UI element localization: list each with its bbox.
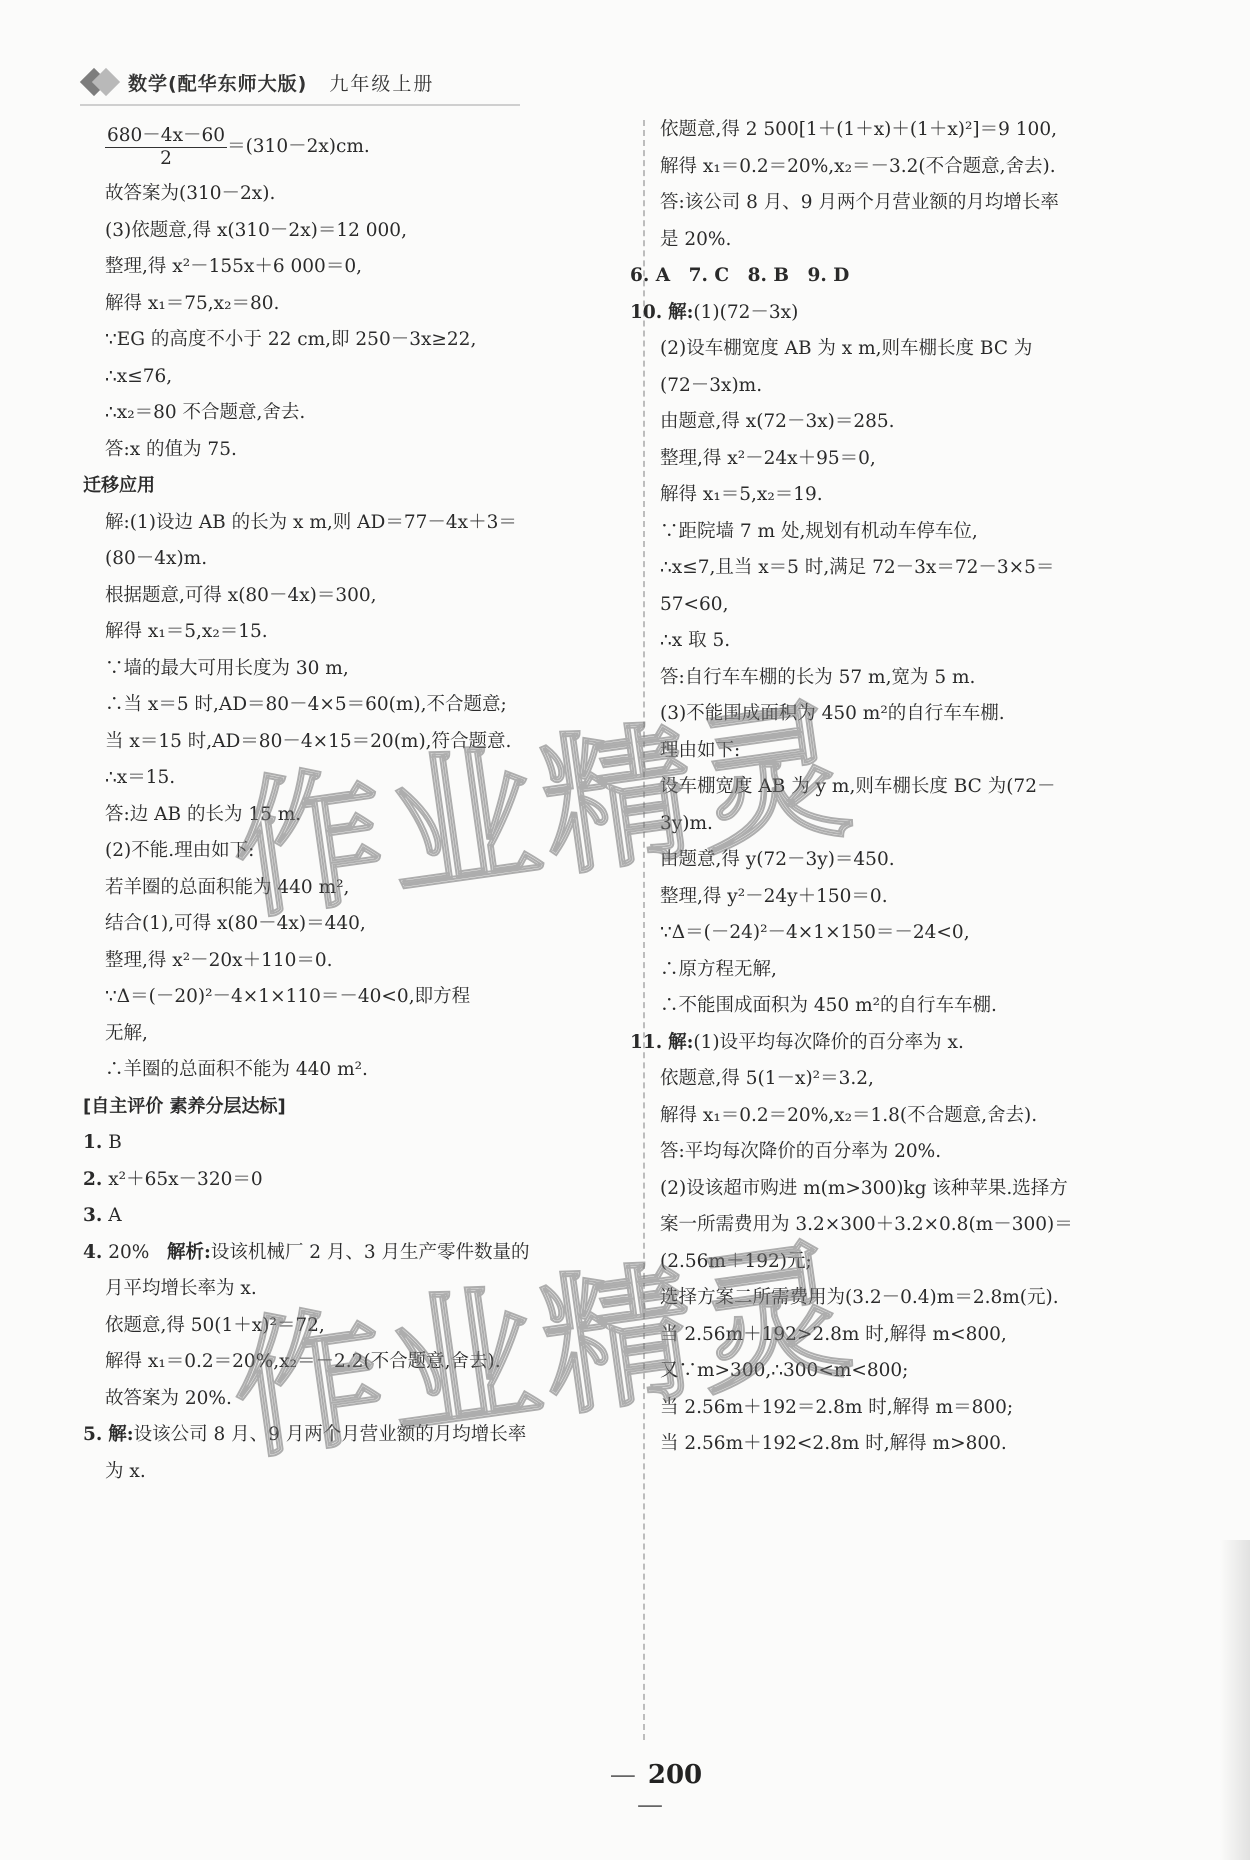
- text-line: 若羊圈的总面积能为 440 m²,: [105, 870, 535, 907]
- text-line: 选择方案二所需费用为(3.2－0.4)m＝2.8m(元).: [660, 1280, 1220, 1317]
- text-line: 57<60,: [660, 587, 1220, 624]
- text-line: ∴不能围成面积为 450 m²的自行车车棚.: [660, 988, 1220, 1025]
- text-line: ∴x≤76,: [105, 359, 535, 396]
- text-line: 理由如下:: [660, 733, 1220, 770]
- text-line: (72－3x)m.: [660, 368, 1220, 405]
- text-line: ∴当 x＝5 时,AD＝80－4×5＝60(m),不合题意;: [105, 687, 535, 724]
- text-line: 依题意,得 5(1－x)²＝3.2,: [660, 1061, 1220, 1098]
- answer-11: 11. 解:(1)设平均每次降价的百分率为 x.: [630, 1025, 1220, 1062]
- text-line: 是 20%.: [660, 222, 1220, 259]
- text-line: 答:该公司 8 月、9 月两个月营业额的月均增长率: [660, 185, 1220, 222]
- text-line: (2)设车棚宽度 AB 为 x m,则车棚长度 BC 为: [660, 331, 1220, 368]
- text-line: 无解,: [105, 1016, 535, 1053]
- text-line: 依题意,得 50(1＋x)²＝72,: [105, 1308, 535, 1345]
- text-line: 当 2.56m＋192<2.8m 时,解得 m>800.: [660, 1426, 1220, 1463]
- right-column: 依题意,得 2 500[1＋(1＋x)＋(1＋x)²]＝9 100, 解得 x₁…: [660, 112, 1220, 1463]
- text-line: 整理,得 x²－20x＋110＝0.: [105, 943, 535, 980]
- text-line: 解得 x₁＝5,x₂＝15.: [105, 614, 535, 651]
- diamond-logo-icon: [80, 66, 122, 98]
- text-line: (80－4x)m.: [105, 541, 535, 578]
- fraction: 680－4x－60 2: [105, 125, 227, 170]
- text-line: ∴x 取 5.: [660, 623, 1220, 660]
- text-line: 由题意,得 x(72－3x)＝285.: [660, 404, 1220, 441]
- text-line: ∵Δ＝(－24)²－4×1×150＝－24<0,: [660, 915, 1220, 952]
- text-line: ∴x＝15.: [105, 760, 535, 797]
- answer-1: 1. B: [83, 1125, 535, 1162]
- text-line: 设车棚宽度 AB 为 y m,则车棚长度 BC 为(72－: [660, 769, 1220, 806]
- text-line: 答:平均每次降价的百分率为 20%.: [660, 1134, 1220, 1171]
- page-number: —200—: [580, 1760, 720, 1820]
- text-line: (3)不能围成面积为 450 m²的自行车车棚.: [660, 696, 1220, 733]
- text-line: 答:自行车车棚的长为 57 m,宽为 5 m.: [660, 660, 1220, 697]
- text-line: 故答案为(310－2x).: [105, 176, 535, 213]
- text-line: (2.56m＋192)元;: [660, 1244, 1220, 1281]
- text-line: 答:x 的值为 75.: [105, 432, 535, 469]
- text-line: 案一所需费用为 3.2×300＋3.2×0.8(m－300)＝: [660, 1207, 1220, 1244]
- text-line: ∵墙的最大可用长度为 30 m,: [105, 651, 535, 688]
- text-line: ∵Δ＝(－20)²－4×1×110＝－40<0,即方程: [105, 979, 535, 1016]
- mc-answers-6-9: 6. A 7. C 8. B 9. D: [630, 258, 1220, 295]
- text-line: 整理,得 y²－24y＋150＝0.: [660, 879, 1220, 916]
- text-line: 由题意,得 y(72－3y)＝450.: [660, 842, 1220, 879]
- text-line: 解:(1)设边 AB 的长为 x m,则 AD＝77－4x＋3＝: [105, 505, 535, 542]
- section-heading-transfer: 迁移应用: [83, 468, 535, 505]
- text-line: ∴原方程无解,: [660, 952, 1220, 989]
- column-divider: [643, 120, 645, 1740]
- text-line: 当 2.56m＋192>2.8m 时,解得 m<800,: [660, 1317, 1220, 1354]
- text-line: (2)设该超市购进 m(m>300)kg 该种苹果.选择方: [660, 1171, 1220, 1208]
- book-title: 数学(配华东师大版): [128, 69, 307, 96]
- text-line: 解得 x₁＝0.2＝20%,x₂＝－3.2(不合题意,舍去).: [660, 149, 1220, 186]
- text-line: ∴x₂＝80 不合题意,舍去.: [105, 395, 535, 432]
- text-line: 依题意,得 2 500[1＋(1＋x)＋(1＋x)²]＝9 100,: [660, 112, 1220, 149]
- text-line: 整理,得 x²－155x＋6 000＝0,: [105, 249, 535, 286]
- text-line: 解得 x₁＝0.2＝20%,x₂＝－2.2(不合题意,舍去).: [105, 1344, 535, 1381]
- text-line: 当 x＝15 时,AD＝80－4×15＝20(m),符合题意.: [105, 724, 535, 761]
- text-line: 为 x.: [105, 1454, 535, 1491]
- answer-4: 4. 20% 解析:设该机械厂 2 月、3 月生产零件数量的: [83, 1235, 535, 1272]
- text-line: 根据题意,可得 x(80－4x)＝300,: [105, 578, 535, 615]
- page-edge-shadow: [1220, 1540, 1250, 1860]
- text-line: 答:边 AB 的长为 15 m.: [105, 797, 535, 834]
- text-line: 解得 x₁＝5,x₂＝19.: [660, 477, 1220, 514]
- text-line: ∵EG 的高度不小于 22 cm,即 250－3x≥22,: [105, 322, 535, 359]
- text-line: ∴羊圈的总面积不能为 440 m².: [105, 1052, 535, 1089]
- text-line: 3y)m.: [660, 806, 1220, 843]
- fraction-line: 680－4x－60 2 ＝(310－2x)cm.: [105, 118, 535, 176]
- text-line: 又∵m>300,∴300<m<800;: [660, 1353, 1220, 1390]
- text-line: 解得 x₁＝75,x₂＝80.: [105, 286, 535, 323]
- text-line: 当 2.56m＋192＝2.8m 时,解得 m＝800;: [660, 1390, 1220, 1427]
- text-line: ∵距院墙 7 m 处,规划有机动车停车位,: [660, 514, 1220, 551]
- text-line: 整理,得 x²－24x＋95＝0,: [660, 441, 1220, 478]
- left-column: 680－4x－60 2 ＝(310－2x)cm. 故答案为(310－2x). (…: [105, 118, 535, 1490]
- answer-10: 10. 解:(1)(72－3x): [630, 295, 1220, 332]
- section-heading-eval: [自主评价 素养分层达标]: [83, 1089, 535, 1126]
- text-line: 解得 x₁＝0.2＝20%,x₂＝1.8(不合题意,舍去).: [660, 1098, 1220, 1135]
- answer-3: 3. A: [83, 1198, 535, 1235]
- text-line: 月平均增长率为 x.: [105, 1271, 535, 1308]
- page-header: 数学(配华东师大版) 九年级上册: [80, 60, 520, 106]
- text-line: ∴x≤7,且当 x＝5 时,满足 72－3x＝72－3×5＝: [660, 550, 1220, 587]
- text-line: 故答案为 20%.: [105, 1381, 535, 1418]
- text-line: (3)依题意,得 x(310－2x)＝12 000,: [105, 213, 535, 250]
- text-line: 结合(1),可得 x(80－4x)＝440,: [105, 906, 535, 943]
- grade-label: 九年级上册: [329, 69, 434, 96]
- answer-2: 2. x²＋65x－320＝0: [83, 1162, 535, 1199]
- text-line: (2)不能.理由如下:: [105, 833, 535, 870]
- answer-5: 5. 解:设该公司 8 月、9 月两个月营业额的月均增长率: [83, 1417, 535, 1454]
